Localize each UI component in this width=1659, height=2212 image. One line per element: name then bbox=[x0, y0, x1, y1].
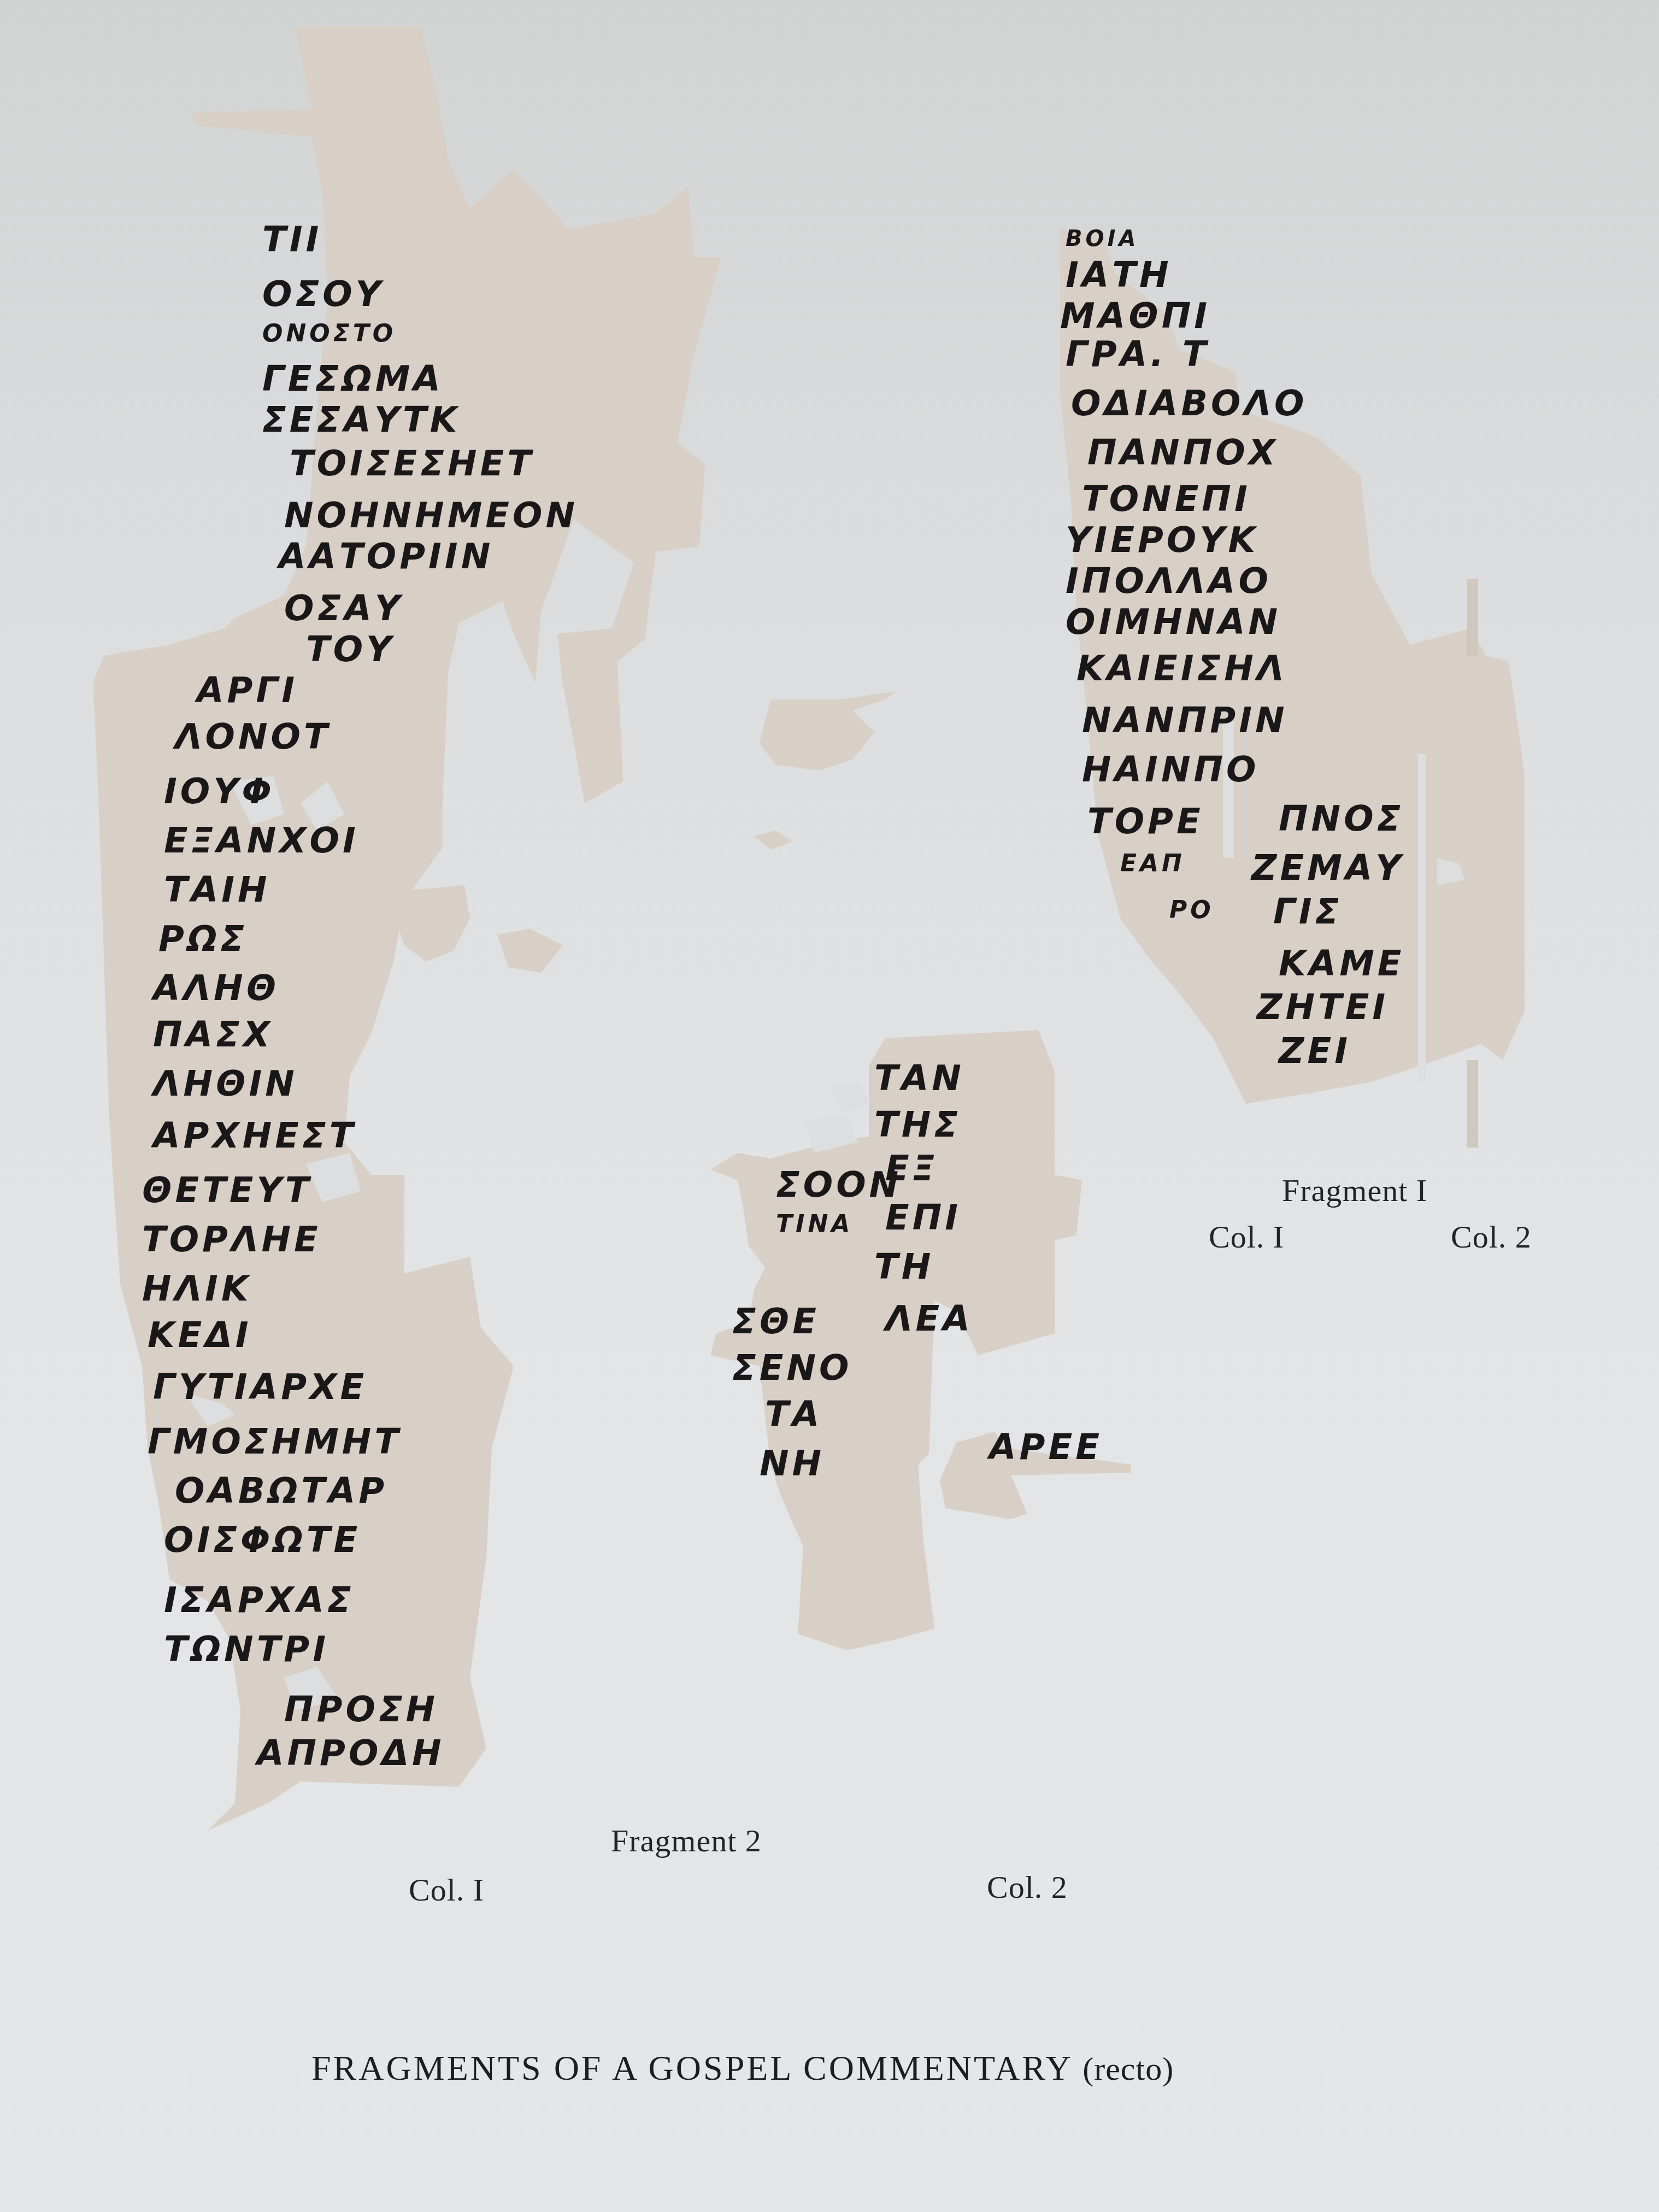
ink-line: ΓΡΑ. Τ bbox=[1066, 334, 1209, 375]
ink-line: ΤΑΙΗ bbox=[164, 870, 270, 910]
ink-line: ΖΕΜΑΥ bbox=[1250, 848, 1404, 889]
ink-line: ΛΟΝΟΤ bbox=[172, 717, 331, 757]
ink-line: ΤΗΣ bbox=[874, 1105, 961, 1145]
ink-line: ΓΙΣ bbox=[1273, 892, 1342, 932]
ink-line: ΚΑΜΕ bbox=[1279, 944, 1405, 984]
ink-line: ΣΕΣΑΥΤΚ bbox=[262, 400, 460, 440]
ink-line: ΤΟΡΕ bbox=[1087, 802, 1204, 842]
ink-line: ΙΠΟΛΛΑΟ bbox=[1066, 561, 1272, 602]
fragment-2-col-1-label: Col. I bbox=[409, 1872, 484, 1908]
ink-line: ΑΑΤΟΡΙΙΝ bbox=[276, 537, 493, 577]
ink-line: ΠΝΟΣ bbox=[1279, 799, 1404, 839]
ink-line: ΖΕΙ bbox=[1278, 1031, 1351, 1072]
ink-line: ΓΥΤΙΑΡΧΕ bbox=[153, 1367, 367, 1408]
fragment-1-col-1-label: Col. I bbox=[1209, 1219, 1284, 1255]
papyrus-writing-layer: ΤΙΙ ΟΣΟΥ ΟΝΟΣΤΟ ΓΕΣΩΜΑ ΣΕΣΑΥΤΚ ΤΟΙΣΕΣΗΕΤ… bbox=[0, 0, 1659, 1858]
ink-line: ΟΙΜΗΝΑΝ bbox=[1066, 602, 1281, 643]
ink-line: ΤΟΝΕΠΙ bbox=[1082, 479, 1251, 520]
ink-line: ΑΡΕΕ bbox=[986, 1427, 1103, 1468]
ink-line: ΙΣΑΡΧΑΣ bbox=[164, 1580, 355, 1621]
ink-line: ΣΟΟΝ bbox=[776, 1165, 902, 1205]
ink-line: ΓΜΟΣΗΜΗΤ bbox=[148, 1422, 402, 1462]
ink-line: ΘΕΤΕΥΤ bbox=[142, 1170, 313, 1211]
ink-line: ΙΟΥΦ bbox=[164, 772, 275, 812]
ink-line: ΜΑΘΠΙ bbox=[1060, 296, 1210, 337]
ink-line: ΡΟ bbox=[1169, 896, 1214, 924]
ink-line: ΗΑΙΝΠΟ bbox=[1082, 750, 1259, 790]
ink-line: ΤΟΡΛΗΕ bbox=[142, 1220, 321, 1260]
ink-line: ΤΑΝ bbox=[874, 1058, 964, 1099]
ink-line: ΠΡΟΣΗ bbox=[284, 1690, 438, 1730]
fragment-1-col-2-label: Col. 2 bbox=[1451, 1219, 1532, 1255]
ink-line: ΖΗΤΕΙ bbox=[1256, 987, 1389, 1028]
ink-line: ΛΗΘΙΝ bbox=[150, 1064, 298, 1104]
ink-line: ΟΙΣΦΩΤΕ bbox=[164, 1520, 361, 1561]
ink-line: ΝΟΗΝΗΜΕΟΝ bbox=[284, 496, 578, 536]
plate-caption: FRAGMENTS OF A GOSPEL COMMENTARY (recto) bbox=[311, 2048, 1174, 2089]
ink-line: ΕΠΙ bbox=[885, 1198, 961, 1238]
ink-line: ΤΙΝΑ bbox=[776, 1210, 853, 1238]
fragment-2-col-2-label: Col. 2 bbox=[987, 1869, 1068, 1905]
ink-line: ΕΞ bbox=[885, 1149, 938, 1189]
ink-line: ΤΩΝΤΡΙ bbox=[164, 1629, 329, 1670]
ink-line: ΣΕΝΟ bbox=[732, 1348, 852, 1389]
ink-line: ΑΡΧΗΕΣΤ bbox=[150, 1116, 356, 1156]
ink-line: ΤΑ bbox=[765, 1395, 822, 1435]
ink-line: ΤΗ bbox=[874, 1247, 934, 1287]
ink-line: ΠΑΣΧ bbox=[153, 1015, 273, 1055]
plate-title: FRAGMENTS OF A GOSPEL COMMENTARY bbox=[311, 2049, 1072, 2087]
ink-line: ΟΣΑΥ bbox=[284, 589, 403, 629]
ink-line: ΝΗ bbox=[760, 1444, 825, 1484]
ink-line: ΥΙΕΡΟΥΚ bbox=[1066, 520, 1258, 561]
ink-line: ΤΟΥ bbox=[306, 630, 395, 670]
ink-line: ΟΑΒΩΤΑΡ bbox=[175, 1471, 387, 1511]
plate-title-suffix: (recto) bbox=[1083, 2051, 1174, 2087]
ink-line: ΡΩΣ bbox=[158, 919, 248, 960]
ink-line: ΒΟΙΑ bbox=[1066, 226, 1139, 251]
fragment-1-heading: Fragment I bbox=[1282, 1172, 1427, 1209]
ink-line: ΓΕΣΩΜΑ bbox=[262, 359, 444, 399]
ink-line: ΠΑΝΠΟΧ bbox=[1087, 433, 1279, 473]
ink-line: ΤΟΙΣΕΣΗΕΤ bbox=[290, 444, 534, 484]
ink-line: ΑΡΓΙ bbox=[194, 670, 298, 711]
ink-line: ΣΘΕ bbox=[732, 1302, 820, 1342]
ink-line: ΟΔΙΑΒΟΛΟ bbox=[1071, 384, 1307, 424]
ink-line: ΟΝΟΣΤΟ bbox=[262, 320, 396, 348]
ink-line: ΛΕΑ bbox=[883, 1299, 973, 1339]
ink-line: ΟΣΟΥ bbox=[262, 274, 384, 315]
ink-line: ΝΑΝΠΡΙΝ bbox=[1082, 701, 1288, 741]
ink-line: ΕΑΠ bbox=[1120, 850, 1185, 878]
ink-line: ΚΕΔΙ bbox=[148, 1315, 252, 1356]
ink-line: ΤΙΙ bbox=[262, 220, 322, 260]
ink-line: ΑΠΡΟΔΗ bbox=[254, 1733, 445, 1774]
ink-line: ΚΑΙΕΙΣΗΛ bbox=[1076, 649, 1287, 689]
ink-line: ΗΛΙΚ bbox=[142, 1269, 252, 1309]
ink-line: ΑΛΗΘ bbox=[150, 968, 279, 1009]
ink-line: ΕΞΑΝΧΟΙ bbox=[164, 821, 359, 861]
plate-page: ΤΙΙ ΟΣΟΥ ΟΝΟΣΤΟ ΓΕΣΩΜΑ ΣΕΣΑΥΤΚ ΤΟΙΣΕΣΗΕΤ… bbox=[0, 0, 1659, 2212]
fragment-2-heading: Fragment 2 bbox=[611, 1822, 762, 1859]
ink-line: ΙΑΤΗ bbox=[1066, 255, 1172, 296]
